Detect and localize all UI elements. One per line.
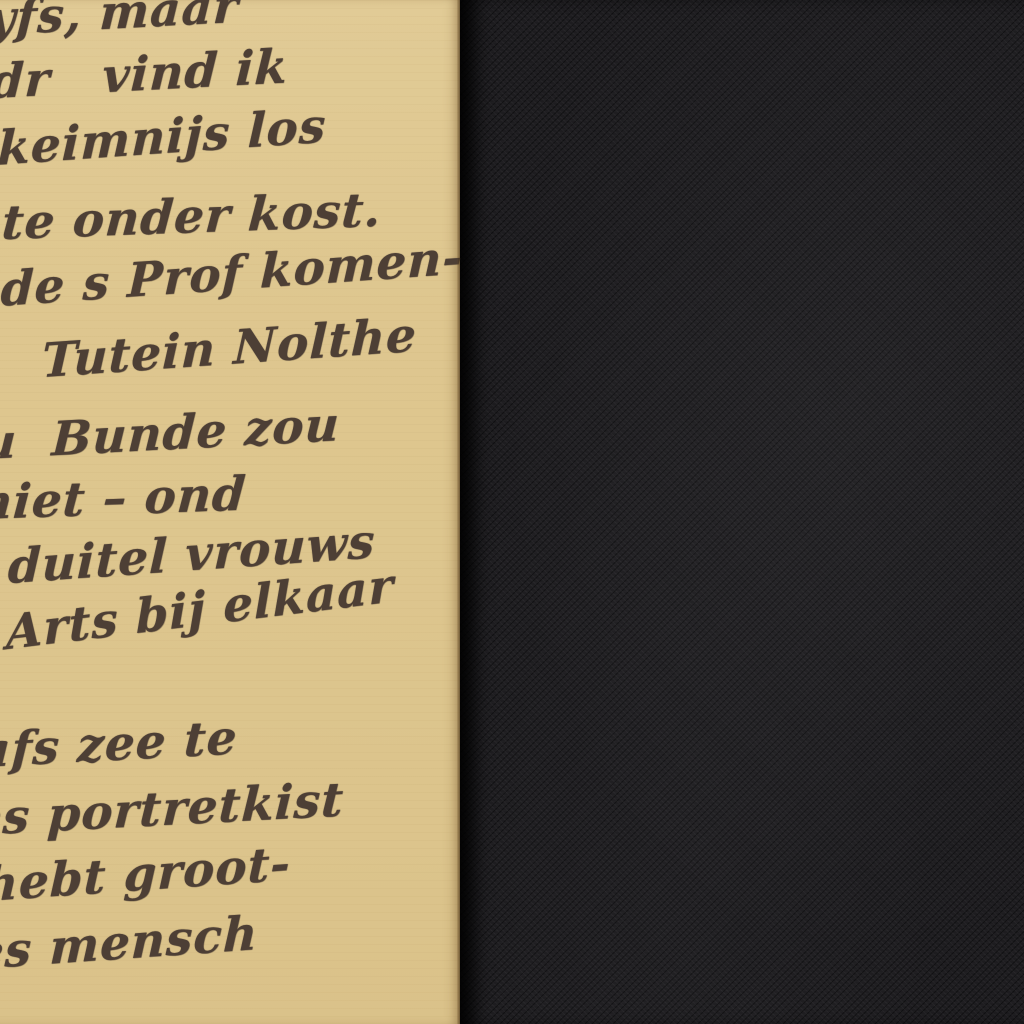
handwriting-line-7: u Bunde zou bbox=[0, 397, 341, 471]
letter-page: yfs, maar ldr vind ik kkeimnijs los te o… bbox=[0, 0, 460, 1024]
handwriting-line-3: kkeimnijs los bbox=[0, 99, 327, 180]
letter-photograph: yfs, maar ldr vind ik kkeimnijs los te o… bbox=[0, 0, 1024, 1024]
handwriting-line-8: niet – ond bbox=[0, 467, 248, 532]
handwriting-line-11: afs zee te bbox=[0, 710, 239, 779]
handwriting-line-13: hebt groot- bbox=[0, 836, 292, 913]
background-fabric bbox=[460, 0, 1024, 1024]
handwriting-line-6: Tutein Nolthe bbox=[41, 308, 418, 389]
handwriting-line-1: yfs, maar bbox=[0, 0, 240, 47]
handwriting-line-2: ldr vind ik bbox=[0, 39, 290, 111]
handwriting-line-14: es mensch bbox=[0, 906, 259, 981]
handwriting-line-12: es portretkist bbox=[0, 772, 345, 847]
